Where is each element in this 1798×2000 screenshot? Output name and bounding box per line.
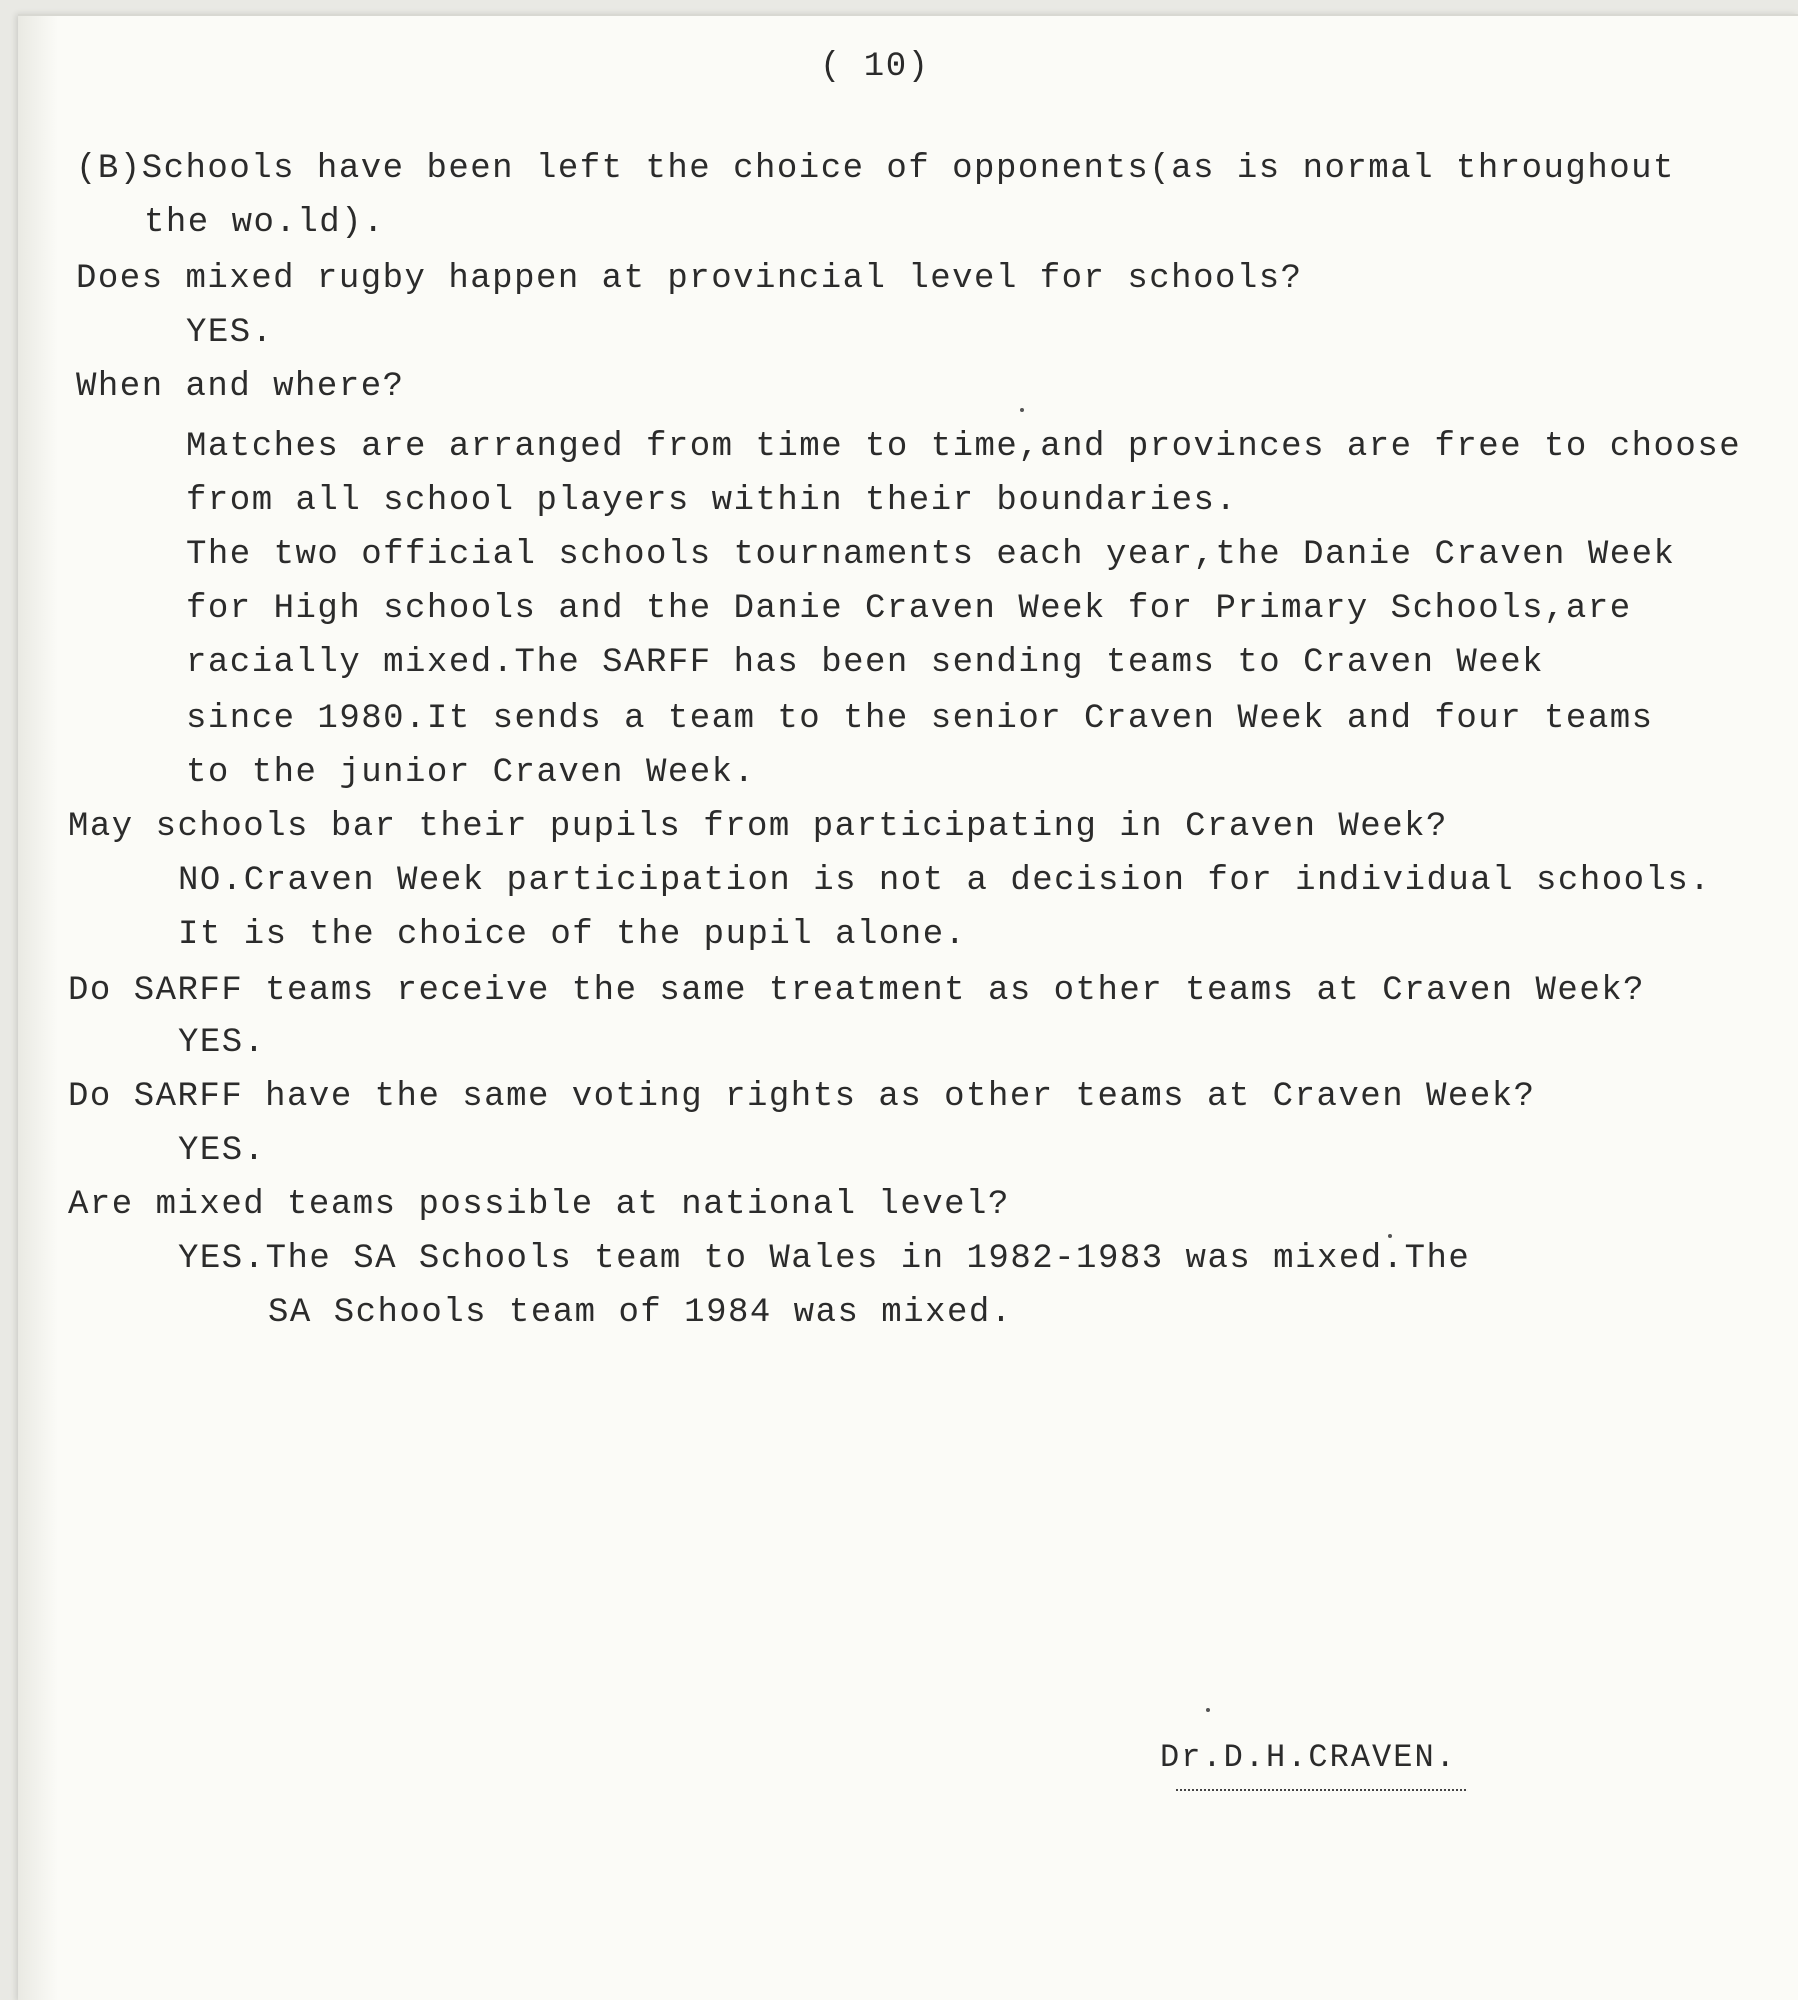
question-line: When and where? <box>76 370 405 404</box>
signature-underline <box>1176 1787 1466 1791</box>
answer-line: The two official schools tournaments eac… <box>186 538 1675 572</box>
question-line: Do SARFF teams receive the same treatmen… <box>68 974 1645 1008</box>
question-line: Does mixed rugby happen at provincial le… <box>76 262 1303 296</box>
text-line: the wo.ld). <box>144 206 385 240</box>
answer-line: YES. <box>178 1026 266 1060</box>
page-number: ( 10) <box>820 50 930 84</box>
answer-line: for High schools and the Danie Craven We… <box>186 592 1632 626</box>
ink-speck <box>1206 1708 1210 1712</box>
answer-line: since 1980.It sends a team to the senior… <box>186 702 1654 736</box>
answer-line: YES. <box>178 1134 266 1168</box>
answer-line: racially mixed.The SARFF has been sendin… <box>186 646 1544 680</box>
answer-line: SA Schools team of 1984 was mixed. <box>268 1296 1013 1330</box>
text-line: (B)Schools have been left the choice of … <box>76 152 1675 186</box>
answer-line: from all school players within their bou… <box>186 484 1237 518</box>
answer-line: Matches are arranged from time to time,a… <box>186 430 1741 464</box>
question-line: Do SARFF have the same voting rights as … <box>68 1080 1536 1114</box>
paper-edge-shadow <box>18 16 58 2000</box>
answer-line: NO.Craven Week participation is not a de… <box>178 864 1711 898</box>
question-line: May schools bar their pupils from partic… <box>68 810 1448 844</box>
answer-line: to the junior Craven Week. <box>186 756 756 790</box>
signature: Dr.D.H.CRAVEN. <box>1160 1742 1457 1774</box>
answer-line: It is the choice of the pupil alone. <box>178 918 967 952</box>
ink-speck <box>1020 408 1024 412</box>
answer-line: YES.The SA Schools team to Wales in 1982… <box>178 1242 1470 1276</box>
answer-line: YES. <box>186 316 274 350</box>
typed-document-page: ( 10) (B)Schools have been left the choi… <box>18 14 1798 2000</box>
ink-speck <box>1388 1234 1392 1238</box>
question-line: Are mixed teams possible at national lev… <box>68 1188 1010 1222</box>
